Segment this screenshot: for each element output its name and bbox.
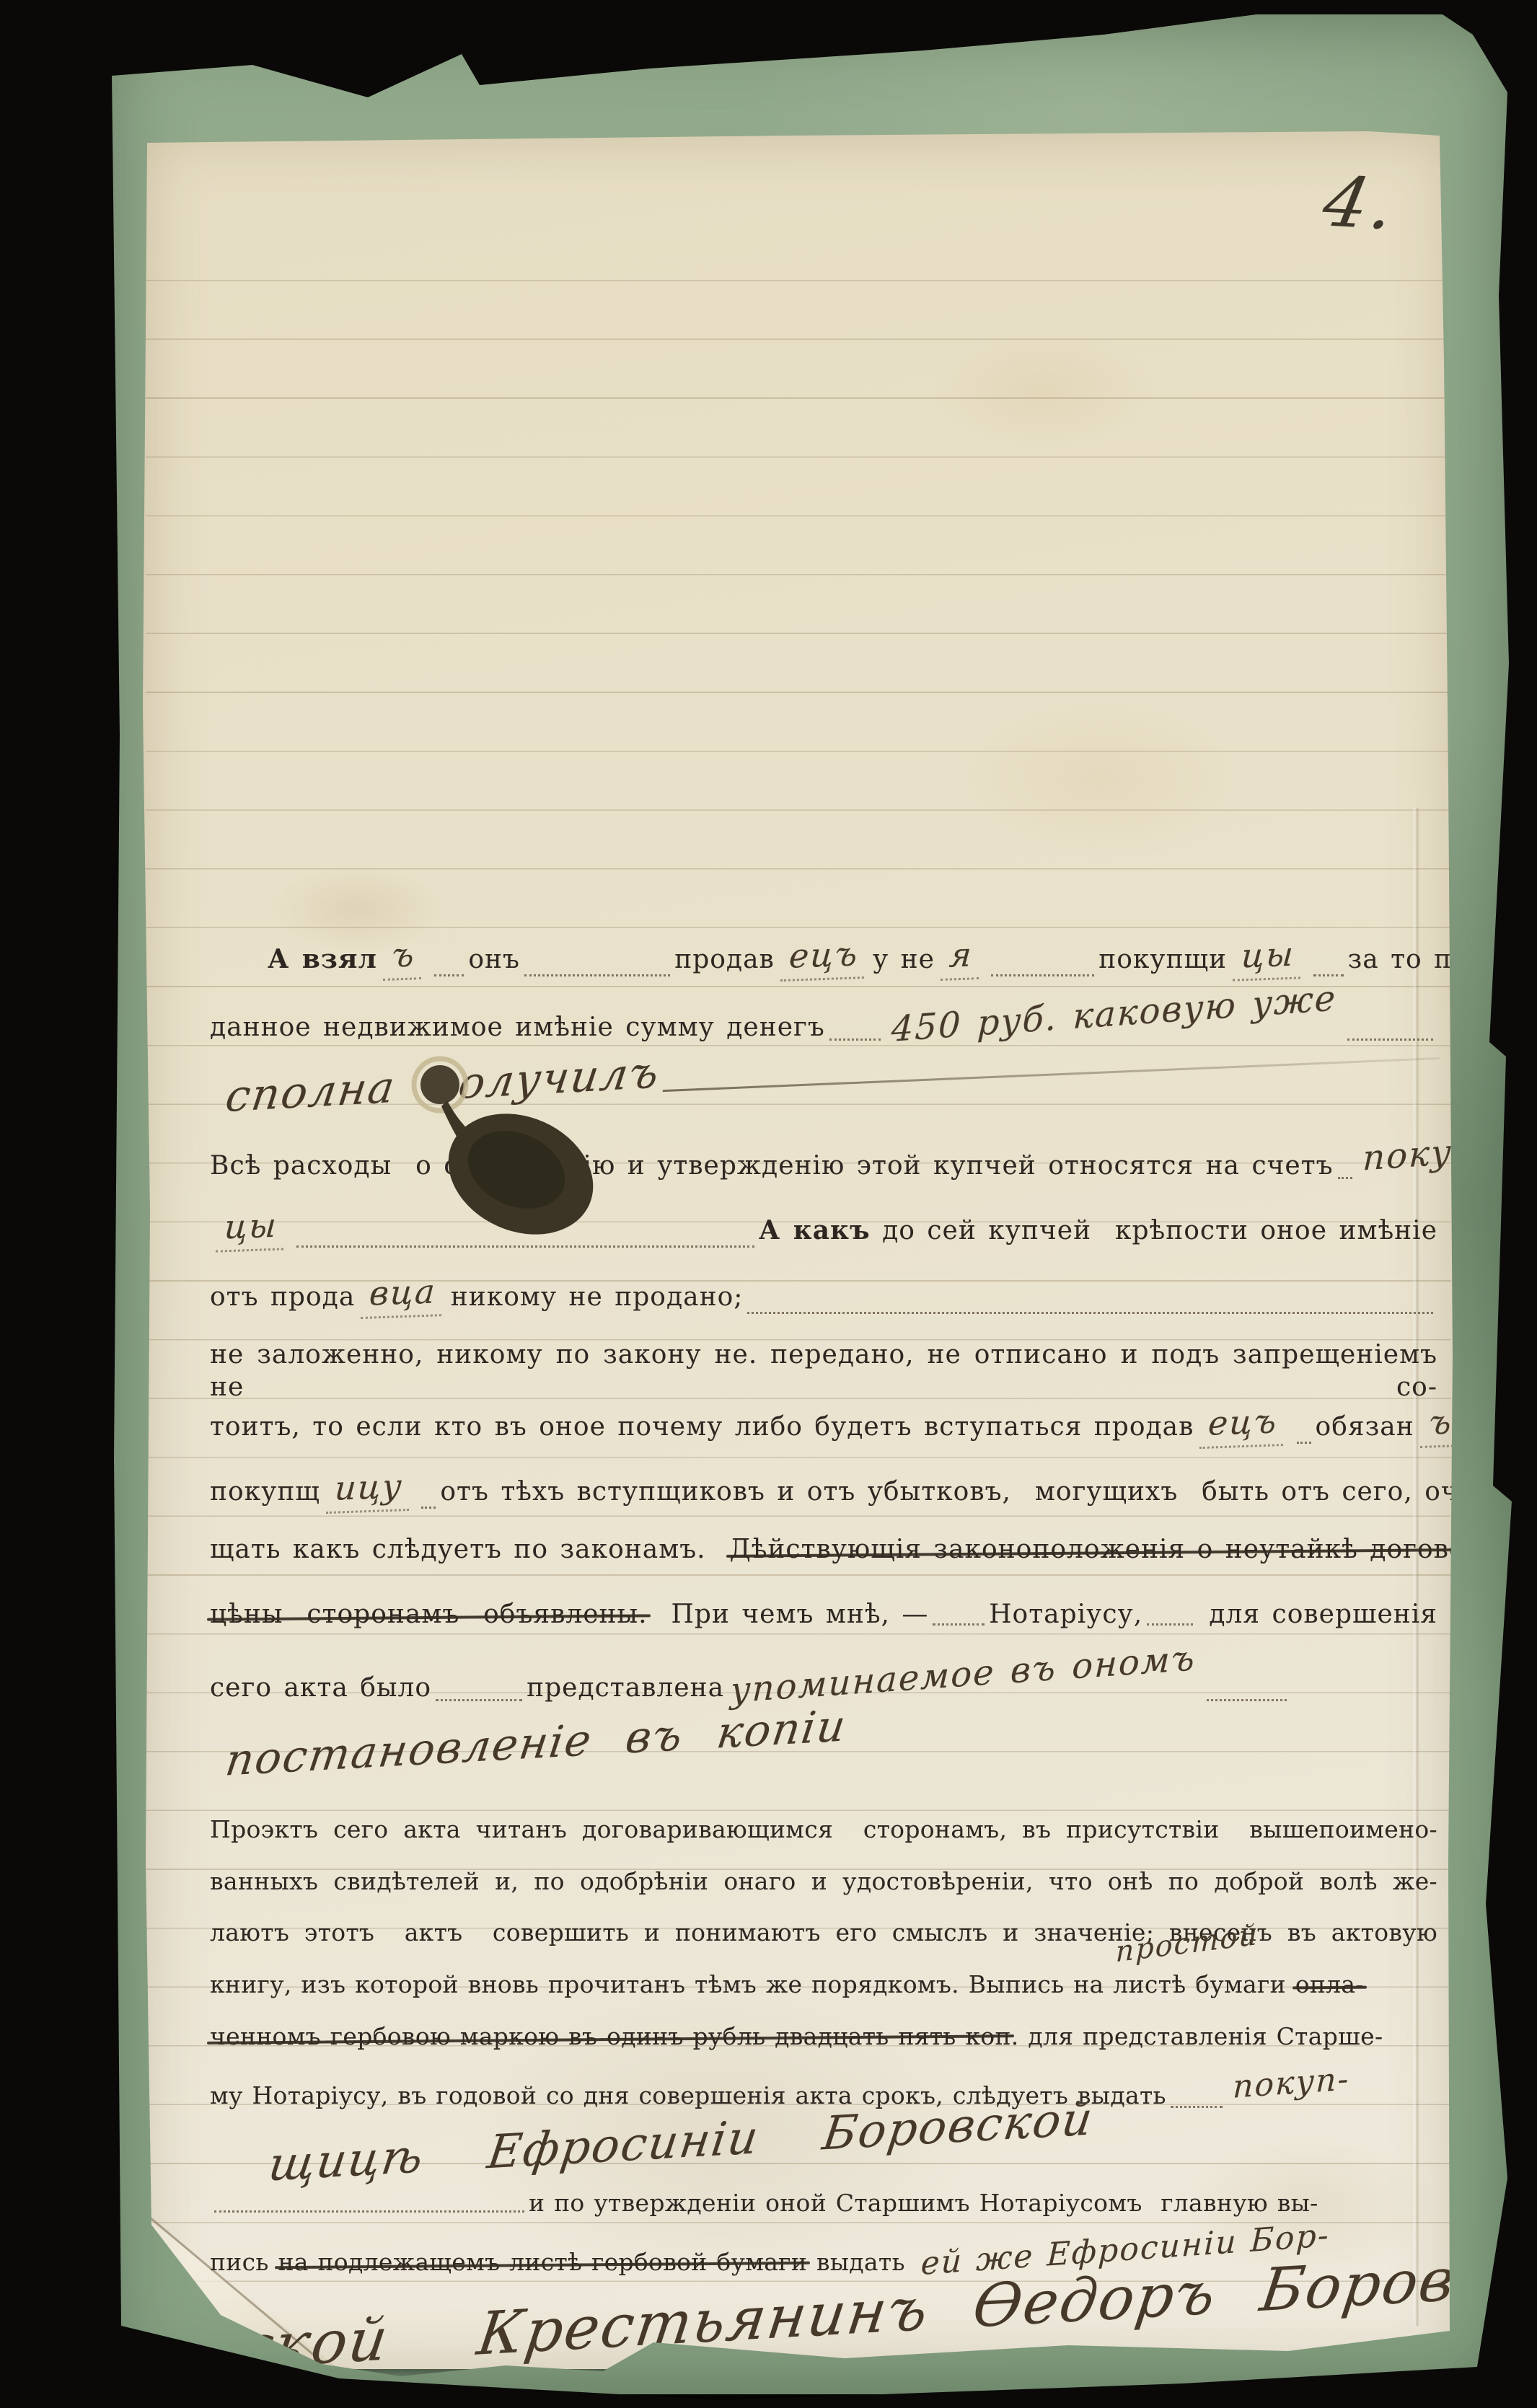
paper-edge-shading xyxy=(141,130,1455,2369)
paper-sheet: 4. А взялъонъпродавецъу неяпокупщицыза т… xyxy=(141,130,1455,2369)
photo-backdrop: { "colors":{"backdrop":"#0a0908","cover_… xyxy=(0,0,1537,2408)
